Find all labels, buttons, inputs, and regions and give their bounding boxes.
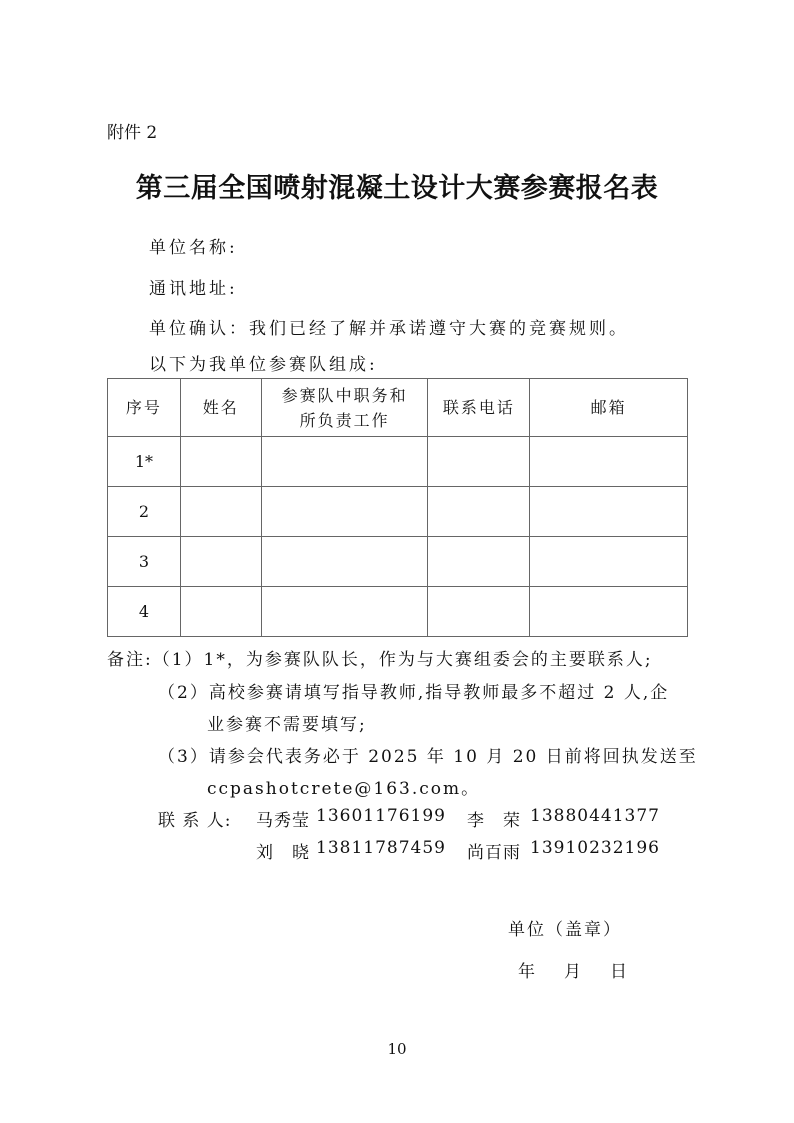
header-phone: 联系电话 xyxy=(428,379,530,437)
phone-cell[interactable] xyxy=(428,537,530,587)
table-row: 2 xyxy=(108,487,688,537)
table-header-row: 序号 姓名 参赛队中职务和 所负责工作 联系电话 邮箱 xyxy=(108,379,688,437)
row-no: 2 xyxy=(108,487,181,537)
table-row: 1* xyxy=(108,437,688,487)
note-2-line1: （2）高校参赛请填写指导教师,指导教师最多不超过 2 人,企 xyxy=(158,678,669,703)
address-label: 通讯地址: xyxy=(149,274,238,299)
table-row: 4 xyxy=(108,587,688,637)
name-cell[interactable] xyxy=(180,537,261,587)
contact-name: 刘 晓 xyxy=(256,838,310,863)
note-2-line2: 业参赛不需要填写; xyxy=(207,710,367,735)
unit-name-label: 单位名称: xyxy=(149,233,238,258)
role-cell[interactable] xyxy=(261,487,428,537)
contact-name: 马秀莹 xyxy=(256,806,310,831)
contact-phone: 13910232196 xyxy=(530,838,660,858)
phone-cell[interactable] xyxy=(428,587,530,637)
page-number: 10 xyxy=(0,1040,794,1058)
name-cell[interactable] xyxy=(180,487,261,537)
name-cell[interactable] xyxy=(180,587,261,637)
note-3-line1: （3）请参会代表务必于 2025 年 10 月 20 日前将回执发送至 xyxy=(158,742,698,767)
note-3-email: ccpashotcrete@163.com。 xyxy=(207,774,480,799)
row-no: 1* xyxy=(108,437,181,487)
phone-cell[interactable] xyxy=(428,437,530,487)
unit-confirmation: 单位确认：我们已经了解并承诺遵守大赛的竞赛规则。 xyxy=(149,314,629,339)
contact-phone: 13811787459 xyxy=(316,838,446,858)
contact-name: 尚百雨 xyxy=(467,838,521,863)
date-label: 年 月 日 xyxy=(518,957,633,982)
registration-table: 序号 姓名 参赛队中职务和 所负责工作 联系电话 邮箱 1* 2 3 4 xyxy=(107,378,688,637)
contact-phone: 13601176199 xyxy=(316,806,446,826)
seal-label: 单位（盖章） xyxy=(508,915,622,940)
header-role-line1: 参赛队中职务和 xyxy=(262,383,428,408)
table-row: 3 xyxy=(108,537,688,587)
phone-cell[interactable] xyxy=(428,487,530,537)
header-name: 姓名 xyxy=(180,379,261,437)
contacts-label: 联 系 人: xyxy=(158,806,232,831)
email-cell[interactable] xyxy=(530,537,688,587)
name-cell[interactable] xyxy=(180,437,261,487)
row-no: 3 xyxy=(108,537,181,587)
row-no: 4 xyxy=(108,587,181,637)
team-intro: 以下为我单位参赛队组成: xyxy=(149,350,378,375)
role-cell[interactable] xyxy=(261,587,428,637)
role-cell[interactable] xyxy=(261,537,428,587)
contact-phone: 13880441377 xyxy=(530,806,660,826)
attachment-label: 附件 2 xyxy=(107,118,157,143)
header-email: 邮箱 xyxy=(530,379,688,437)
header-role: 参赛队中职务和 所负责工作 xyxy=(261,379,428,437)
header-role-line2: 所负责工作 xyxy=(262,408,428,433)
contact-name: 李 荣 xyxy=(467,806,521,831)
note-1: 备注:（1）1*，为参赛队队长，作为与大赛组委会的主要联系人; xyxy=(107,645,653,670)
page-title: 第三届全国喷射混凝土设计大赛参赛报名表 xyxy=(0,166,794,205)
header-no: 序号 xyxy=(108,379,181,437)
role-cell[interactable] xyxy=(261,437,428,487)
email-cell[interactable] xyxy=(530,587,688,637)
email-cell[interactable] xyxy=(530,487,688,537)
email-cell[interactable] xyxy=(530,437,688,487)
